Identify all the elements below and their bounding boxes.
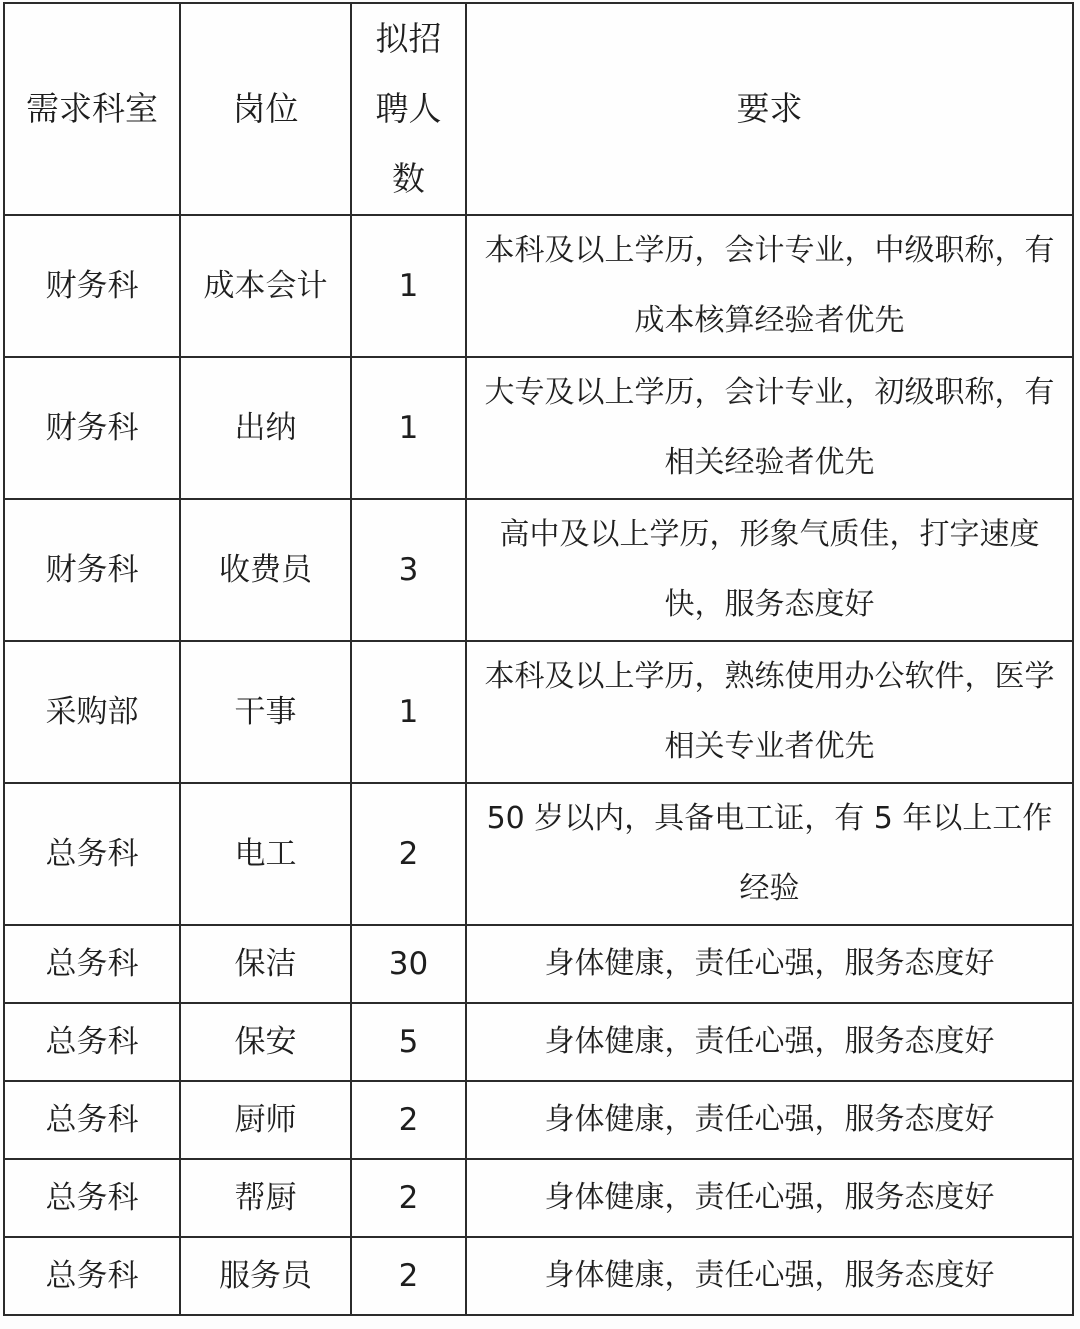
- headcount-cell: 2: [351, 1237, 466, 1315]
- headcount-cell: 2: [351, 1159, 466, 1237]
- header-headcount: 拟招聘人数: [351, 3, 466, 215]
- position-cell: 电工: [180, 783, 351, 925]
- department-cell: 总务科: [4, 1081, 180, 1159]
- requirement-cell: 身体健康，责任心强，服务态度好: [466, 925, 1073, 1003]
- department-cell: 采购部: [4, 641, 180, 783]
- header-department: 需求科室: [4, 3, 180, 215]
- headcount-cell: 3: [351, 499, 466, 641]
- department-cell: 总务科: [4, 1159, 180, 1237]
- position-cell: 保安: [180, 1003, 351, 1081]
- header-row: 需求科室 岗位 拟招聘人数 要求: [4, 3, 1073, 215]
- position-cell: 出纳: [180, 357, 351, 499]
- headcount-cell: 1: [351, 641, 466, 783]
- table-row: 总务科 保洁 30 身体健康，责任心强，服务态度好: [4, 925, 1073, 1003]
- requirement-cell: 本科及以上学历，会计专业，中级职称，有成本核算经验者优先: [466, 215, 1073, 357]
- position-cell: 收费员: [180, 499, 351, 641]
- position-cell: 厨师: [180, 1081, 351, 1159]
- table-row: 总务科 电工 2 50 岁以内，具备电工证，有 5 年以上工作经验: [4, 783, 1073, 925]
- table-row: 采购部 干事 1 本科及以上学历，熟练使用办公软件，医学相关专业者优先: [4, 641, 1073, 783]
- headcount-cell: 1: [351, 357, 466, 499]
- headcount-cell: 2: [351, 783, 466, 925]
- position-cell: 成本会计: [180, 215, 351, 357]
- table-row: 财务科 成本会计 1 本科及以上学历，会计专业，中级职称，有成本核算经验者优先: [4, 215, 1073, 357]
- requirement-cell: 身体健康，责任心强，服务态度好: [466, 1081, 1073, 1159]
- headcount-cell: 2: [351, 1081, 466, 1159]
- header-headcount-label: 拟招聘人数: [372, 4, 445, 214]
- headcount-cell: 5: [351, 1003, 466, 1081]
- table-body: 财务科 成本会计 1 本科及以上学历，会计专业，中级职称，有成本核算经验者优先 …: [4, 215, 1073, 1315]
- department-cell: 财务科: [4, 215, 180, 357]
- header-position: 岗位: [180, 3, 351, 215]
- position-cell: 干事: [180, 641, 351, 783]
- requirement-cell: 高中及以上学历，形象气质佳，打字速度快，服务态度好: [466, 499, 1073, 641]
- department-cell: 总务科: [4, 1237, 180, 1315]
- requirement-cell: 大专及以上学历，会计专业，初级职称，有相关经验者优先: [466, 357, 1073, 499]
- table-row: 总务科 帮厨 2 身体健康，责任心强，服务态度好: [4, 1159, 1073, 1237]
- table-row: 财务科 收费员 3 高中及以上学历，形象气质佳，打字速度快，服务态度好: [4, 499, 1073, 641]
- requirement-cell: 本科及以上学历，熟练使用办公软件，医学相关专业者优先: [466, 641, 1073, 783]
- headcount-cell: 1: [351, 215, 466, 357]
- department-cell: 总务科: [4, 1003, 180, 1081]
- department-cell: 总务科: [4, 925, 180, 1003]
- requirement-cell: 身体健康，责任心强，服务态度好: [466, 1159, 1073, 1237]
- position-cell: 帮厨: [180, 1159, 351, 1237]
- headcount-cell: 30: [351, 925, 466, 1003]
- table-row: 总务科 厨师 2 身体健康，责任心强，服务态度好: [4, 1081, 1073, 1159]
- department-cell: 财务科: [4, 357, 180, 499]
- table-row: 总务科 保安 5 身体健康，责任心强，服务态度好: [4, 1003, 1073, 1081]
- requirement-cell: 身体健康，责任心强，服务态度好: [466, 1003, 1073, 1081]
- department-cell: 财务科: [4, 499, 180, 641]
- header-requirements: 要求: [466, 3, 1073, 215]
- recruitment-table: 需求科室 岗位 拟招聘人数 要求 财务科 成本会计 1 本科及以上学历，会计专业…: [3, 2, 1074, 1316]
- requirement-cell: 50 岁以内，具备电工证，有 5 年以上工作经验: [466, 783, 1073, 925]
- table-row: 财务科 出纳 1 大专及以上学历，会计专业，初级职称，有相关经验者优先: [4, 357, 1073, 499]
- position-cell: 保洁: [180, 925, 351, 1003]
- position-cell: 服务员: [180, 1237, 351, 1315]
- table-row: 总务科 服务员 2 身体健康，责任心强，服务态度好: [4, 1237, 1073, 1315]
- department-cell: 总务科: [4, 783, 180, 925]
- requirement-cell: 身体健康，责任心强，服务态度好: [466, 1237, 1073, 1315]
